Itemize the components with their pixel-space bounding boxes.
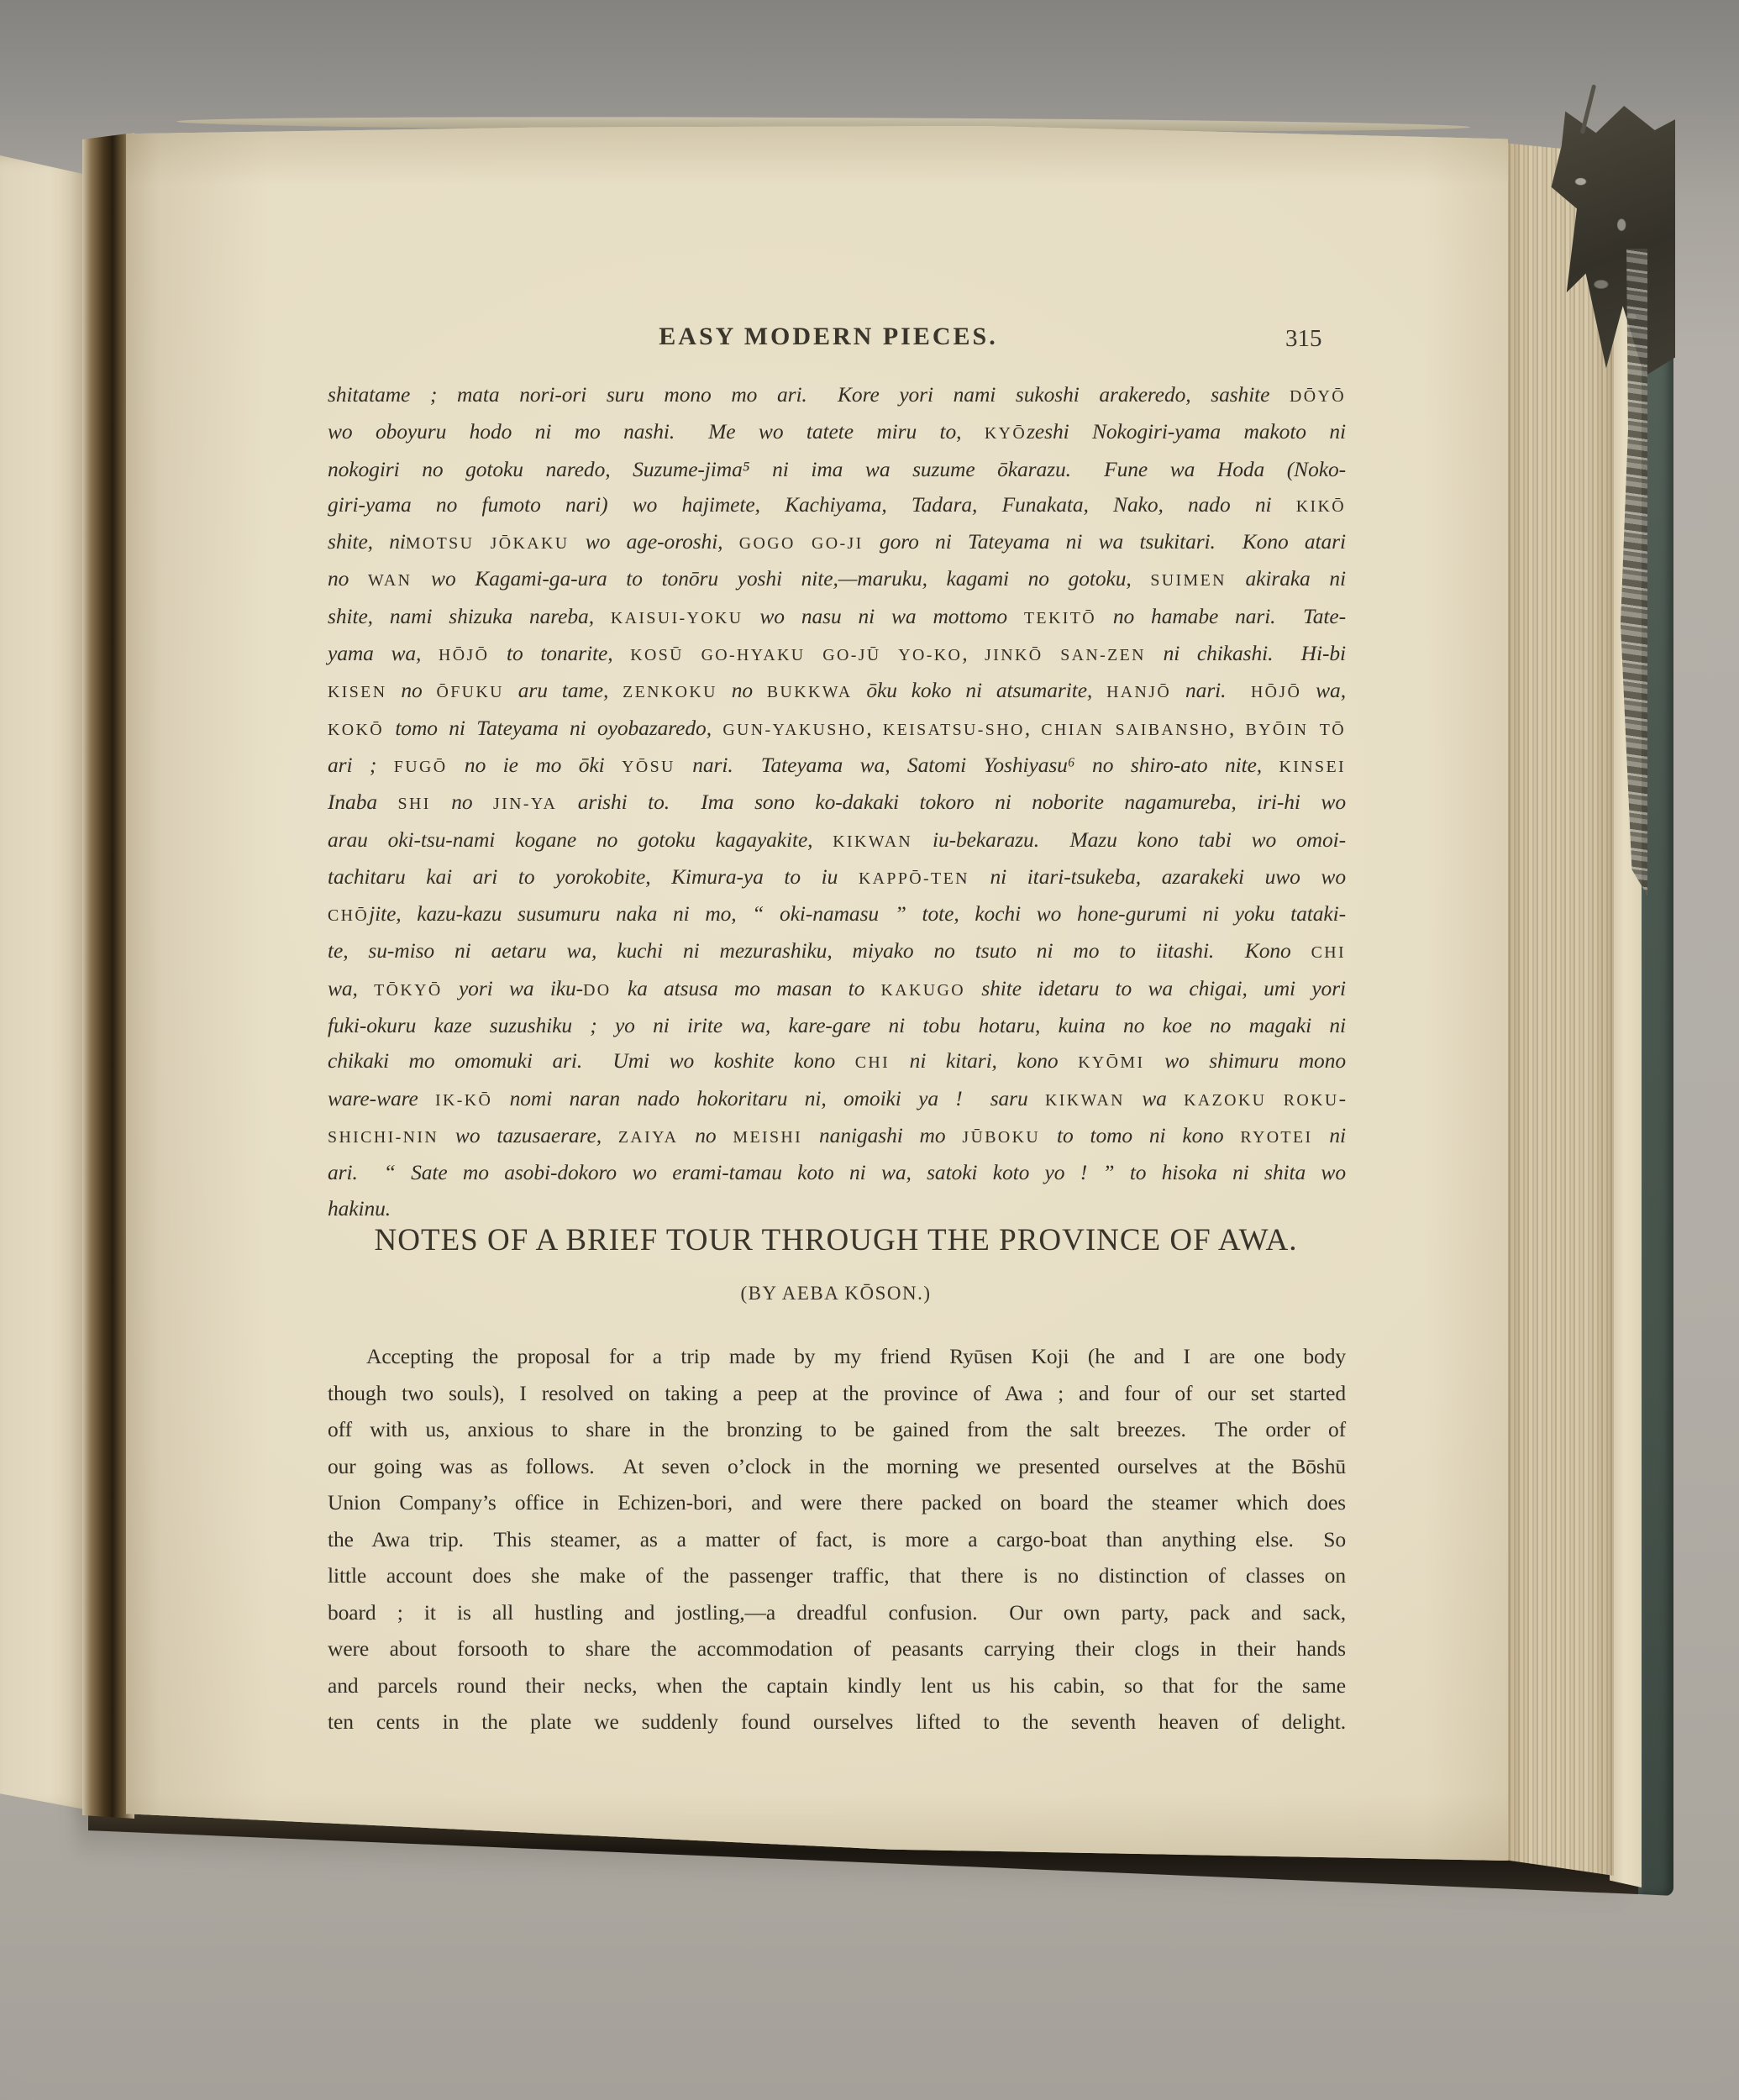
text-line: little account does she make of the pass…: [328, 1557, 1346, 1594]
text-line: hakinu.: [328, 1191, 1346, 1226]
text-line: shite, nami shizuka nareba, KAISUI-YOKU …: [328, 599, 1346, 636]
section-byline: (BY AEBA KŌSON.): [741, 1283, 932, 1305]
text-line: tachitaru kai ari to yorokobite, Kimura-…: [328, 859, 1346, 896]
english-paragraph: Accepting the proposal for a trip made b…: [328, 1338, 1346, 1740]
text-line: KISEN no ŌFUKU aru tame, ZENKOKU no BUKK…: [328, 673, 1346, 710]
facing-page-edge: [0, 155, 89, 1810]
text-line: nokogiri no gotoku naredo, Suzume-jima⁵ …: [328, 452, 1346, 487]
text-line: though two souls), I resolved on taking …: [328, 1375, 1346, 1412]
section-title: NOTES OF A BRIEF TOUR THROUGH THE PROVIN…: [375, 1222, 1298, 1258]
text-line: the Awa trip. This steamer, as a matter …: [328, 1521, 1346, 1558]
text-line: arau oki-tsu-nami kogane no gotoku kagay…: [328, 822, 1346, 859]
text-line: ware-ware IK-KŌ nomi naran nado hokorita…: [328, 1081, 1346, 1118]
text-line: ten cents in the plate we suddenly found…: [328, 1704, 1346, 1740]
text-line: yama wa, HŌJŌ to tonarite, KOSŪ GO-HYAKU…: [328, 636, 1346, 673]
text-line: no WAN wo Kagami-ga-ura to tonōru yoshi …: [328, 561, 1346, 598]
text-line: ari ; FUGŌ no ie mo ōki YŌSU nari. Tatey…: [328, 748, 1346, 785]
text-line: fuki-okuru kaze suzushiku ; yo ni irite …: [328, 1008, 1346, 1043]
text-line: CHŌjite, kazu-kazu susumuru naka ni mo, …: [328, 896, 1346, 933]
text-line: were about forsooth to share the accommo…: [328, 1630, 1346, 1667]
text-line: ari. “ Sate mo asobi-dokoro wo erami-tam…: [328, 1155, 1346, 1190]
text-line: SHICHI-NIN wo tazusaerare, ZAIYA no MEIS…: [328, 1118, 1346, 1155]
text-line: wa, TŌKYŌ yori wa iku-DO ka atsusa mo ma…: [328, 971, 1346, 1008]
text-line: wo oboyuru hodo ni mo nashi. Me wo tatet…: [328, 414, 1346, 451]
book-photo: EASY MODERN PIECES. 315 shitatame ; mata…: [0, 0, 1739, 2100]
text-line: Accepting the proposal for a trip made b…: [328, 1338, 1346, 1375]
text-line: and parcels round their necks, when the …: [328, 1667, 1346, 1704]
text-line: Union Company’s office in Echizen-bori, …: [328, 1484, 1346, 1521]
text-line: chikaki mo omomuki ari. Umi wo koshite k…: [328, 1043, 1346, 1080]
page-block-fore-edge: [1506, 133, 1614, 1876]
text-line: our going was as follows. At seven o’clo…: [328, 1448, 1346, 1485]
frayed-thread: [1580, 84, 1596, 134]
book-page: EASY MODERN PIECES. 315 shitatame ; mata…: [126, 126, 1508, 1861]
text-line: shitatame ; mata nori-ori suru mono mo a…: [328, 377, 1346, 414]
text-line: KOKŌ tomo ni Tateyama ni oyobazaredo, GU…: [328, 711, 1346, 748]
text-line: giri-yama no fumoto nari) wo hajimete, K…: [328, 487, 1346, 524]
page-number: 315: [1285, 325, 1322, 353]
romaji-paragraph: shitatame ; mata nori-ori suru mono mo a…: [328, 377, 1346, 1226]
text-line: board ; it is all hustling and jostling,…: [328, 1594, 1346, 1631]
text-line: te, su-miso ni aetaru wa, kuchi ni mezur…: [328, 933, 1346, 970]
text-line: Inaba SHI no JIN-YA arishi to. Ima sono …: [328, 785, 1346, 822]
text-line: shite, niMOTSU JŌKAKU wo age-oroshi, GOG…: [328, 524, 1346, 561]
text-line: off with us, anxious to share in the bro…: [328, 1411, 1346, 1448]
running-header: EASY MODERN PIECES.: [659, 323, 997, 351]
